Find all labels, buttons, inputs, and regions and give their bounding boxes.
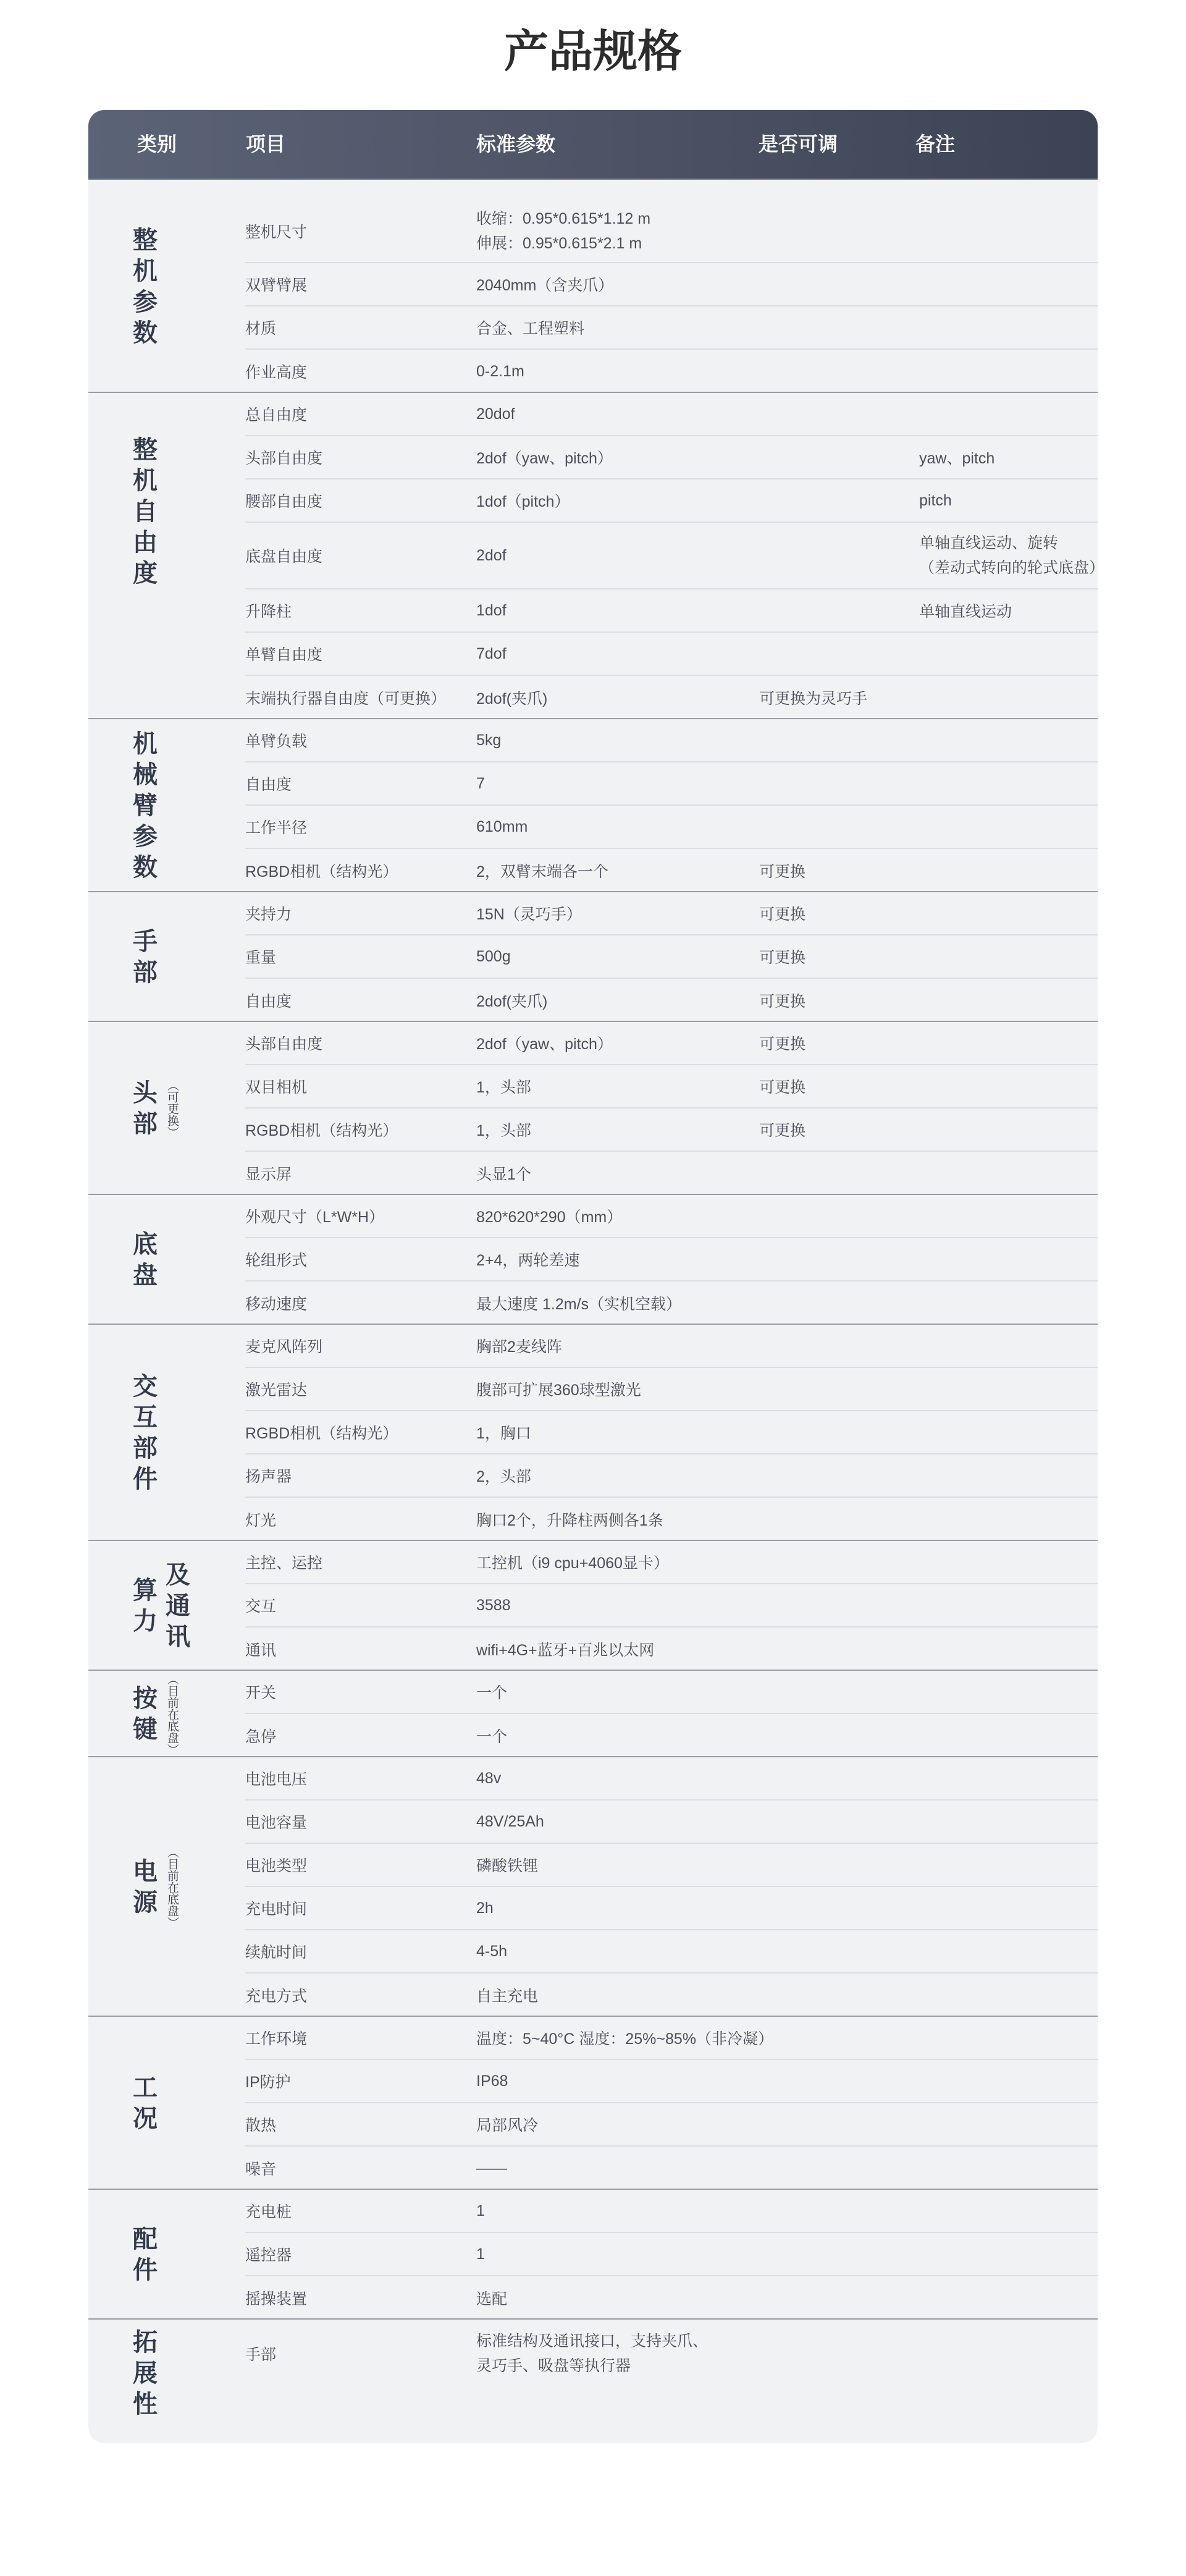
spec-row: RGBD相机（结构光）2，双臂末端各一个可更换 xyxy=(245,849,1098,892)
item-name: 头部自由度 xyxy=(245,446,476,468)
category-cell: 工况 xyxy=(88,2017,245,2190)
standard-value: 7 xyxy=(476,775,759,793)
item-name: 头部自由度 xyxy=(245,1032,476,1054)
adjustable-value: 可更换 xyxy=(759,1118,919,1141)
standard-value: 头显1个 xyxy=(476,1162,759,1185)
header-standard-params: 标准参数 xyxy=(476,110,555,179)
section-rows: 整机尺寸 收缩：0.95*0.615*1.12 m 伸展：0.95*0.615*… xyxy=(245,180,1098,393)
header-remarks: 备注 xyxy=(915,110,955,179)
remark-line: （差动式转向的轮式底盘） xyxy=(919,555,1098,580)
standard-value: 1，头部 xyxy=(476,1075,759,1097)
item-name: 激光雷达 xyxy=(245,1378,476,1400)
spec-row: 夹持力15N（灵巧手）可更换 xyxy=(245,892,1098,935)
standard-value: 500g xyxy=(476,948,759,966)
section-rows: 总自由度20dof 头部自由度2dof（yaw、pitch）yaw、pitch … xyxy=(245,393,1098,719)
remark: yaw、pitch xyxy=(919,446,1098,468)
item-name: 显示屏 xyxy=(245,1162,476,1185)
item-name: 手部 xyxy=(245,2342,476,2365)
item-name: 充电方式 xyxy=(245,1984,476,2006)
spec-row: 移动速度最大速度 1.2m/s（实机空载） xyxy=(245,1282,1098,1325)
spec-row: 摇操装置选配 xyxy=(245,2276,1098,2320)
spec-row: 遥控器1 xyxy=(245,2233,1098,2276)
spec-row: 扬声器2，头部 xyxy=(245,1455,1098,1498)
category-label: 电源 xyxy=(133,1856,158,1918)
spec-row: 主控、运控工控机（i9 cpu+4060显卡） xyxy=(245,1541,1098,1584)
category-cell: 交互部件 xyxy=(88,1325,245,1541)
adjustable-value: 可更换 xyxy=(759,859,919,882)
spec-row: 工作环境温度：5~40°C 湿度：25%~85%（非冷凝） xyxy=(245,2017,1098,2060)
spec-row: 灯光胸口2个，升降柱两侧各1条 xyxy=(245,1498,1098,1541)
item-name: 夹持力 xyxy=(245,902,476,924)
spec-row: 激光雷达腹部可扩展360球型激光 xyxy=(245,1368,1098,1411)
section-overall-params: 整机参数 整机尺寸 收缩：0.95*0.615*1.12 m 伸展：0.95*0… xyxy=(88,180,1098,393)
adjustable-value: 可更换 xyxy=(759,989,919,1011)
category-label-second-column: 及通讯 xyxy=(166,1560,190,1652)
item-name: 底盘自由度 xyxy=(245,544,476,567)
standard-value: 2，双臂末端各一个 xyxy=(476,859,759,882)
standard-value: 2dof(夹爪) xyxy=(476,989,759,1011)
category-cell: 头部 （可更换） xyxy=(88,1022,245,1195)
value-line: 标准结构及通讯接口，支持夹爪、 xyxy=(476,2329,759,2354)
item-name: 灯光 xyxy=(245,1508,476,1531)
section-rows: 充电桩1 遥控器1 摇操装置选配 xyxy=(245,2190,1098,2320)
standard-value: 一个 xyxy=(476,1725,759,1747)
section-rows: 头部自由度2dof（yaw、pitch）可更换 双目相机1，头部可更换 RGBD… xyxy=(245,1022,1098,1195)
item-name: 双目相机 xyxy=(245,1075,476,1097)
category-label: 手部 xyxy=(133,926,158,988)
adjustable-value: 可更换 xyxy=(759,902,919,924)
item-name: IP防护 xyxy=(245,2070,476,2092)
category-cell: 底盘 xyxy=(88,1195,245,1325)
spec-row: 电池电压48v xyxy=(245,1757,1098,1801)
spec-row: RGBD相机（结构光）1，头部可更换 xyxy=(245,1109,1098,1152)
section-chassis: 底盘 外观尺寸（L*W*H）820*620*290（mm） 轮组形式2+4，两轮… xyxy=(88,1195,1098,1325)
standard-value: 2+4，两轮差速 xyxy=(476,1248,759,1270)
item-name: RGBD相机（结构光） xyxy=(245,1118,476,1141)
standard-value: 2dof（yaw、pitch） xyxy=(476,1032,759,1054)
value-line: 收缩：0.95*0.615*1.12 m xyxy=(476,206,759,231)
section-rows: 单臂负载5kg 自由度7 工作半径610mm RGBD相机（结构光）2，双臂末端… xyxy=(245,719,1098,892)
item-name: 腰部自由度 xyxy=(245,489,476,512)
header-item: 项目 xyxy=(246,110,285,179)
category-label: 按键 xyxy=(133,1683,158,1745)
spec-row: 工作半径610mm xyxy=(245,806,1098,849)
standard-value: 1dof xyxy=(476,602,759,620)
spec-row: 单臂负载5kg xyxy=(245,719,1098,762)
item-name: 开关 xyxy=(245,1681,476,1703)
standard-value: 2h xyxy=(476,1899,759,1917)
standard-value: 自主充电 xyxy=(476,1984,759,2006)
spec-row: 麦克风阵列胸部2麦线阵 xyxy=(245,1325,1098,1368)
standard-value: 工控机（i9 cpu+4060显卡） xyxy=(476,1551,759,1573)
table-header: 类别 项目 标准参数 是否可调 备注 xyxy=(88,110,1098,180)
spec-row: 双目相机1，头部可更换 xyxy=(245,1065,1098,1109)
spec-row: 电池类型磷酸铁锂 xyxy=(245,1844,1098,1887)
spec-row: 双臂臂展2040mm（含夹爪） xyxy=(245,263,1098,306)
category-label: 交互部件 xyxy=(133,1371,158,1495)
standard-value: 1 xyxy=(476,2245,759,2263)
item-name: 重量 xyxy=(245,945,476,968)
item-name: 麦克风阵列 xyxy=(245,1335,476,1357)
spec-row: 噪音—— xyxy=(245,2147,1098,2190)
spec-row: 整机尺寸 收缩：0.95*0.615*1.12 m 伸展：0.95*0.615*… xyxy=(245,180,1098,263)
section-rows: 电池电压48v 电池容量48V/25Ah 电池类型磷酸铁锂 充电时间2h 续航时… xyxy=(245,1757,1098,2017)
spec-row: 材质合金、工程塑料 xyxy=(245,306,1098,350)
value-line: 灵巧手、吸盘等执行器 xyxy=(476,2354,759,2378)
standard-value: 48V/25Ah xyxy=(476,1813,759,1831)
item-name: 散热 xyxy=(245,2113,476,2135)
category-label: 配件 xyxy=(133,2224,158,2286)
standard-value: 磷酸铁锂 xyxy=(476,1854,759,1876)
category-cell: 整机自由度 xyxy=(88,393,245,719)
item-name: 升降柱 xyxy=(245,599,476,622)
category-cell: 电源 （目前在底盘） xyxy=(88,1757,245,2017)
spec-row: 手部 标准结构及通讯接口，支持夹爪、 灵巧手、吸盘等执行器 xyxy=(245,2320,1098,2443)
category-subnote: （目前在底盘） xyxy=(166,1673,178,1755)
section-overall-dof: 整机自由度 总自由度20dof 头部自由度2dof（yaw、pitch）yaw、… xyxy=(88,393,1098,719)
spec-row: 充电桩1 xyxy=(245,2190,1098,2233)
category-label: 整机自由度 xyxy=(133,434,158,589)
spec-row: 自由度2dof(夹爪)可更换 xyxy=(245,979,1098,1022)
standard-value: 2，头部 xyxy=(476,1464,759,1487)
section-rows: 手部 标准结构及通讯接口，支持夹爪、 灵巧手、吸盘等执行器 xyxy=(245,2320,1098,2443)
standard-value: 腹部可扩展360球型激光 xyxy=(476,1378,759,1400)
item-name: 单臂负载 xyxy=(245,729,476,751)
item-name: RGBD相机（结构光） xyxy=(245,859,476,882)
category-subnote: （可更换） xyxy=(166,1079,178,1138)
category-label: 头部 xyxy=(133,1078,158,1139)
item-name: 续航时间 xyxy=(245,1940,476,1962)
spec-row: 电池容量48V/25Ah xyxy=(245,1801,1098,1844)
spec-row: 通讯wifi+4G+蓝牙+百兆以太网 xyxy=(245,1628,1098,1671)
standard-value: IP68 xyxy=(476,2072,759,2090)
spec-row: 重量500g可更换 xyxy=(245,935,1098,979)
standard-value: 胸部2麦线阵 xyxy=(476,1335,759,1357)
adjustable-value: 可更换 xyxy=(759,1075,919,1097)
item-name: 电池电压 xyxy=(245,1767,476,1789)
item-name: 扬声器 xyxy=(245,1464,476,1487)
standard-value: 最大速度 1.2m/s（实机空载） xyxy=(476,1292,759,1314)
category-label: 算力 xyxy=(133,1575,158,1637)
item-name: 工作半径 xyxy=(245,816,476,838)
spec-row: 作业高度0-2.1m xyxy=(245,350,1098,393)
standard-value: 7dof xyxy=(476,645,759,663)
section-arm-params: 机械臂参数 单臂负载5kg 自由度7 工作半径610mm RGBD相机（结构光）… xyxy=(88,719,1098,892)
section-operating-conditions: 工况 工作环境温度：5~40°C 湿度：25%~85%（非冷凝） IP防护IP6… xyxy=(88,2017,1098,2190)
header-adjustable: 是否可调 xyxy=(759,110,838,179)
category-label: 底盘 xyxy=(133,1229,158,1291)
page-title: 产品规格 xyxy=(0,27,1186,77)
item-name: RGBD相机（结构光） xyxy=(245,1421,476,1443)
spec-row: 头部自由度2dof（yaw、pitch）yaw、pitch xyxy=(245,436,1098,479)
section-head: 头部 （可更换） 头部自由度2dof（yaw、pitch）可更换 双目相机1，头… xyxy=(88,1022,1098,1195)
section-power: 电源 （目前在底盘） 电池电压48v 电池容量48V/25Ah 电池类型磷酸铁锂… xyxy=(88,1757,1098,2017)
spec-row: 末端执行器自由度（可更换）2dof(夹爪)可更换为灵巧手 xyxy=(245,676,1098,719)
item-name: 遥控器 xyxy=(245,2243,476,2265)
standard-value: 合金、工程塑料 xyxy=(476,316,759,339)
item-name: 电池容量 xyxy=(245,1810,476,1833)
standard-value: —— xyxy=(476,2160,759,2177)
item-name: 交互 xyxy=(245,1594,476,1616)
remark: 单轴直线运动 xyxy=(919,599,1098,622)
standard-value: 2dof（yaw、pitch） xyxy=(476,446,759,468)
spec-row: 总自由度20dof xyxy=(245,393,1098,436)
section-compute-comm: 算力 及通讯 主控、运控工控机（i9 cpu+4060显卡） 交互3588 通讯… xyxy=(88,1541,1098,1671)
spec-row: 头部自由度2dof（yaw、pitch）可更换 xyxy=(245,1022,1098,1065)
standard-value: 20dof xyxy=(476,405,759,423)
category-cell: 机械臂参数 xyxy=(88,719,245,892)
category-label: 工况 xyxy=(133,2072,158,2134)
value-line: 伸展：0.95*0.615*2.1 m xyxy=(476,231,759,256)
standard-value: 2dof(夹爪) xyxy=(476,686,759,709)
section-accessories: 配件 充电桩1 遥控器1 摇操装置选配 xyxy=(88,2190,1098,2320)
section-interaction: 交互部件 麦克风阵列胸部2麦线阵 激光雷达腹部可扩展360球型激光 RGBD相机… xyxy=(88,1325,1098,1541)
standard-value: 4-5h xyxy=(476,1943,759,1961)
item-name: 通讯 xyxy=(245,1638,476,1660)
section-rows: 夹持力15N（灵巧手）可更换 重量500g可更换 自由度2dof(夹爪)可更换 xyxy=(245,892,1098,1022)
spec-row: 单臂自由度7dof xyxy=(245,633,1098,676)
item-name: 充电时间 xyxy=(245,1897,476,1919)
standard-value: 选配 xyxy=(476,2287,759,2309)
item-name: 整机尺寸 xyxy=(245,220,476,242)
spec-row: 轮组形式2+4，两轮差速 xyxy=(245,1238,1098,1282)
standard-value: 48v xyxy=(476,1770,759,1788)
remark-line: 单轴直线运动、旋转 xyxy=(919,531,1098,555)
spec-row: 腰部自由度1dof（pitch）pitch xyxy=(245,479,1098,523)
spec-row: 升降柱1dof单轴直线运动 xyxy=(245,589,1098,633)
standard-value: wifi+4G+蓝牙+百兆以太网 xyxy=(476,1638,759,1660)
spec-row: 续航时间4-5h xyxy=(245,1930,1098,1974)
section-rows: 开关一个 急停一个 xyxy=(245,1671,1098,1757)
standard-value: 2040mm（含夹爪） xyxy=(476,273,759,295)
category-cell: 手部 xyxy=(88,892,245,1022)
standard-value: 1dof（pitch） xyxy=(476,489,759,512)
category-cell: 按键 （目前在底盘） xyxy=(88,1671,245,1757)
section-extensibility: 拓展性 手部 标准结构及通讯接口，支持夹爪、 灵巧手、吸盘等执行器 xyxy=(88,2320,1098,2443)
item-name: 主控、运控 xyxy=(245,1551,476,1573)
standard-value: 局部风冷 xyxy=(476,2113,759,2135)
category-cell: 拓展性 xyxy=(88,2320,245,2443)
standard-value: 1，头部 xyxy=(476,1118,759,1141)
section-rows: 麦克风阵列胸部2麦线阵 激光雷达腹部可扩展360球型激光 RGBD相机（结构光）… xyxy=(245,1325,1098,1541)
item-name: 噪音 xyxy=(245,2157,476,2179)
standard-value: 2dof xyxy=(476,547,759,565)
item-name: 急停 xyxy=(245,1725,476,1747)
spec-table: 类别 项目 标准参数 是否可调 备注 整机参数 整机尺寸 收缩：0.95*0.6… xyxy=(88,110,1098,2443)
item-name: 工作环境 xyxy=(245,2027,476,2049)
spec-row: 散热局部风冷 xyxy=(245,2103,1098,2147)
standard-value: 15N（灵巧手） xyxy=(476,902,759,924)
category-label: 拓展性 xyxy=(133,2327,158,2420)
category-cell: 整机参数 xyxy=(88,180,245,393)
item-name: 总自由度 xyxy=(245,403,476,425)
item-name: 移动速度 xyxy=(245,1292,476,1314)
standard-value: 820*620*290（mm） xyxy=(476,1205,759,1227)
spec-row: 开关一个 xyxy=(245,1671,1098,1714)
standard-value: 0-2.1m xyxy=(476,363,759,381)
standard-value: 610mm xyxy=(476,818,759,836)
adjustable-value: 可更换为灵巧手 xyxy=(759,686,919,709)
spec-row: 交互3588 xyxy=(245,1584,1098,1628)
category-cell: 算力 及通讯 xyxy=(88,1541,245,1671)
section-rows: 外观尺寸（L*W*H）820*620*290（mm） 轮组形式2+4，两轮差速 … xyxy=(245,1195,1098,1325)
section-rows: 工作环境温度：5~40°C 湿度：25%~85%（非冷凝） IP防护IP68 散… xyxy=(245,2017,1098,2190)
item-name: 外观尺寸（L*W*H） xyxy=(245,1205,476,1227)
adjustable-value: 可更换 xyxy=(759,1032,919,1054)
item-name: 自由度 xyxy=(245,989,476,1011)
standard-value: 温度：5~40°C 湿度：25%~85%（非冷凝） xyxy=(476,2027,759,2049)
header-category: 类别 xyxy=(137,110,177,179)
adjustable-value: 可更换 xyxy=(759,945,919,968)
standard-value: 1 xyxy=(476,2202,759,2220)
spec-row: 底盘自由度 2dof 单轴直线运动、旋转 （差动式转向的轮式底盘） xyxy=(245,523,1098,589)
standard-value: 1，胸口 xyxy=(476,1421,759,1443)
spec-row: 显示屏头显1个 xyxy=(245,1152,1098,1195)
item-name: 自由度 xyxy=(245,772,476,795)
item-name: 摇操装置 xyxy=(245,2287,476,2309)
standard-value: 5kg xyxy=(476,732,759,750)
spec-row: RGBD相机（结构光）1，胸口 xyxy=(245,1411,1098,1455)
section-hand: 手部 夹持力15N（灵巧手）可更换 重量500g可更换 自由度2dof(夹爪)可… xyxy=(88,892,1098,1022)
spec-row: 充电时间2h xyxy=(245,1887,1098,1930)
item-name: 充电桩 xyxy=(245,2200,476,2222)
item-name: 轮组形式 xyxy=(245,1248,476,1270)
remark: pitch xyxy=(919,492,1098,510)
spec-row: 自由度7 xyxy=(245,762,1098,806)
spec-row: IP防护IP68 xyxy=(245,2060,1098,2103)
section-buttons: 按键 （目前在底盘） 开关一个 急停一个 xyxy=(88,1671,1098,1757)
category-subnote: （目前在底盘） xyxy=(166,1846,178,1928)
spec-row: 急停一个 xyxy=(245,1714,1098,1757)
section-rows: 主控、运控工控机（i9 cpu+4060显卡） 交互3588 通讯wifi+4G… xyxy=(245,1541,1098,1671)
category-label: 机械臂参数 xyxy=(133,728,158,883)
category-cell: 配件 xyxy=(88,2190,245,2320)
item-name: 电池类型 xyxy=(245,1854,476,1876)
standard-value: 3588 xyxy=(476,1597,759,1615)
spec-row: 外观尺寸（L*W*H）820*620*290（mm） xyxy=(245,1195,1098,1238)
item-name: 单臂自由度 xyxy=(245,643,476,665)
spec-row: 充电方式自主充电 xyxy=(245,1974,1098,2017)
category-label: 整机参数 xyxy=(133,225,158,348)
standard-value: 一个 xyxy=(476,1681,759,1703)
item-name: 末端执行器自由度（可更换） xyxy=(245,686,476,709)
standard-value: 胸口2个，升降柱两侧各1条 xyxy=(476,1508,759,1531)
standard-value: 收缩：0.95*0.615*1.12 m 伸展：0.95*0.615*2.1 m xyxy=(476,206,759,256)
item-name: 材质 xyxy=(245,316,476,339)
standard-value: 标准结构及通讯接口，支持夹爪、 灵巧手、吸盘等执行器 xyxy=(476,2329,759,2378)
item-name: 双臂臂展 xyxy=(245,273,476,295)
remark: 单轴直线运动、旋转 （差动式转向的轮式底盘） xyxy=(919,531,1098,580)
item-name: 作业高度 xyxy=(245,360,476,382)
